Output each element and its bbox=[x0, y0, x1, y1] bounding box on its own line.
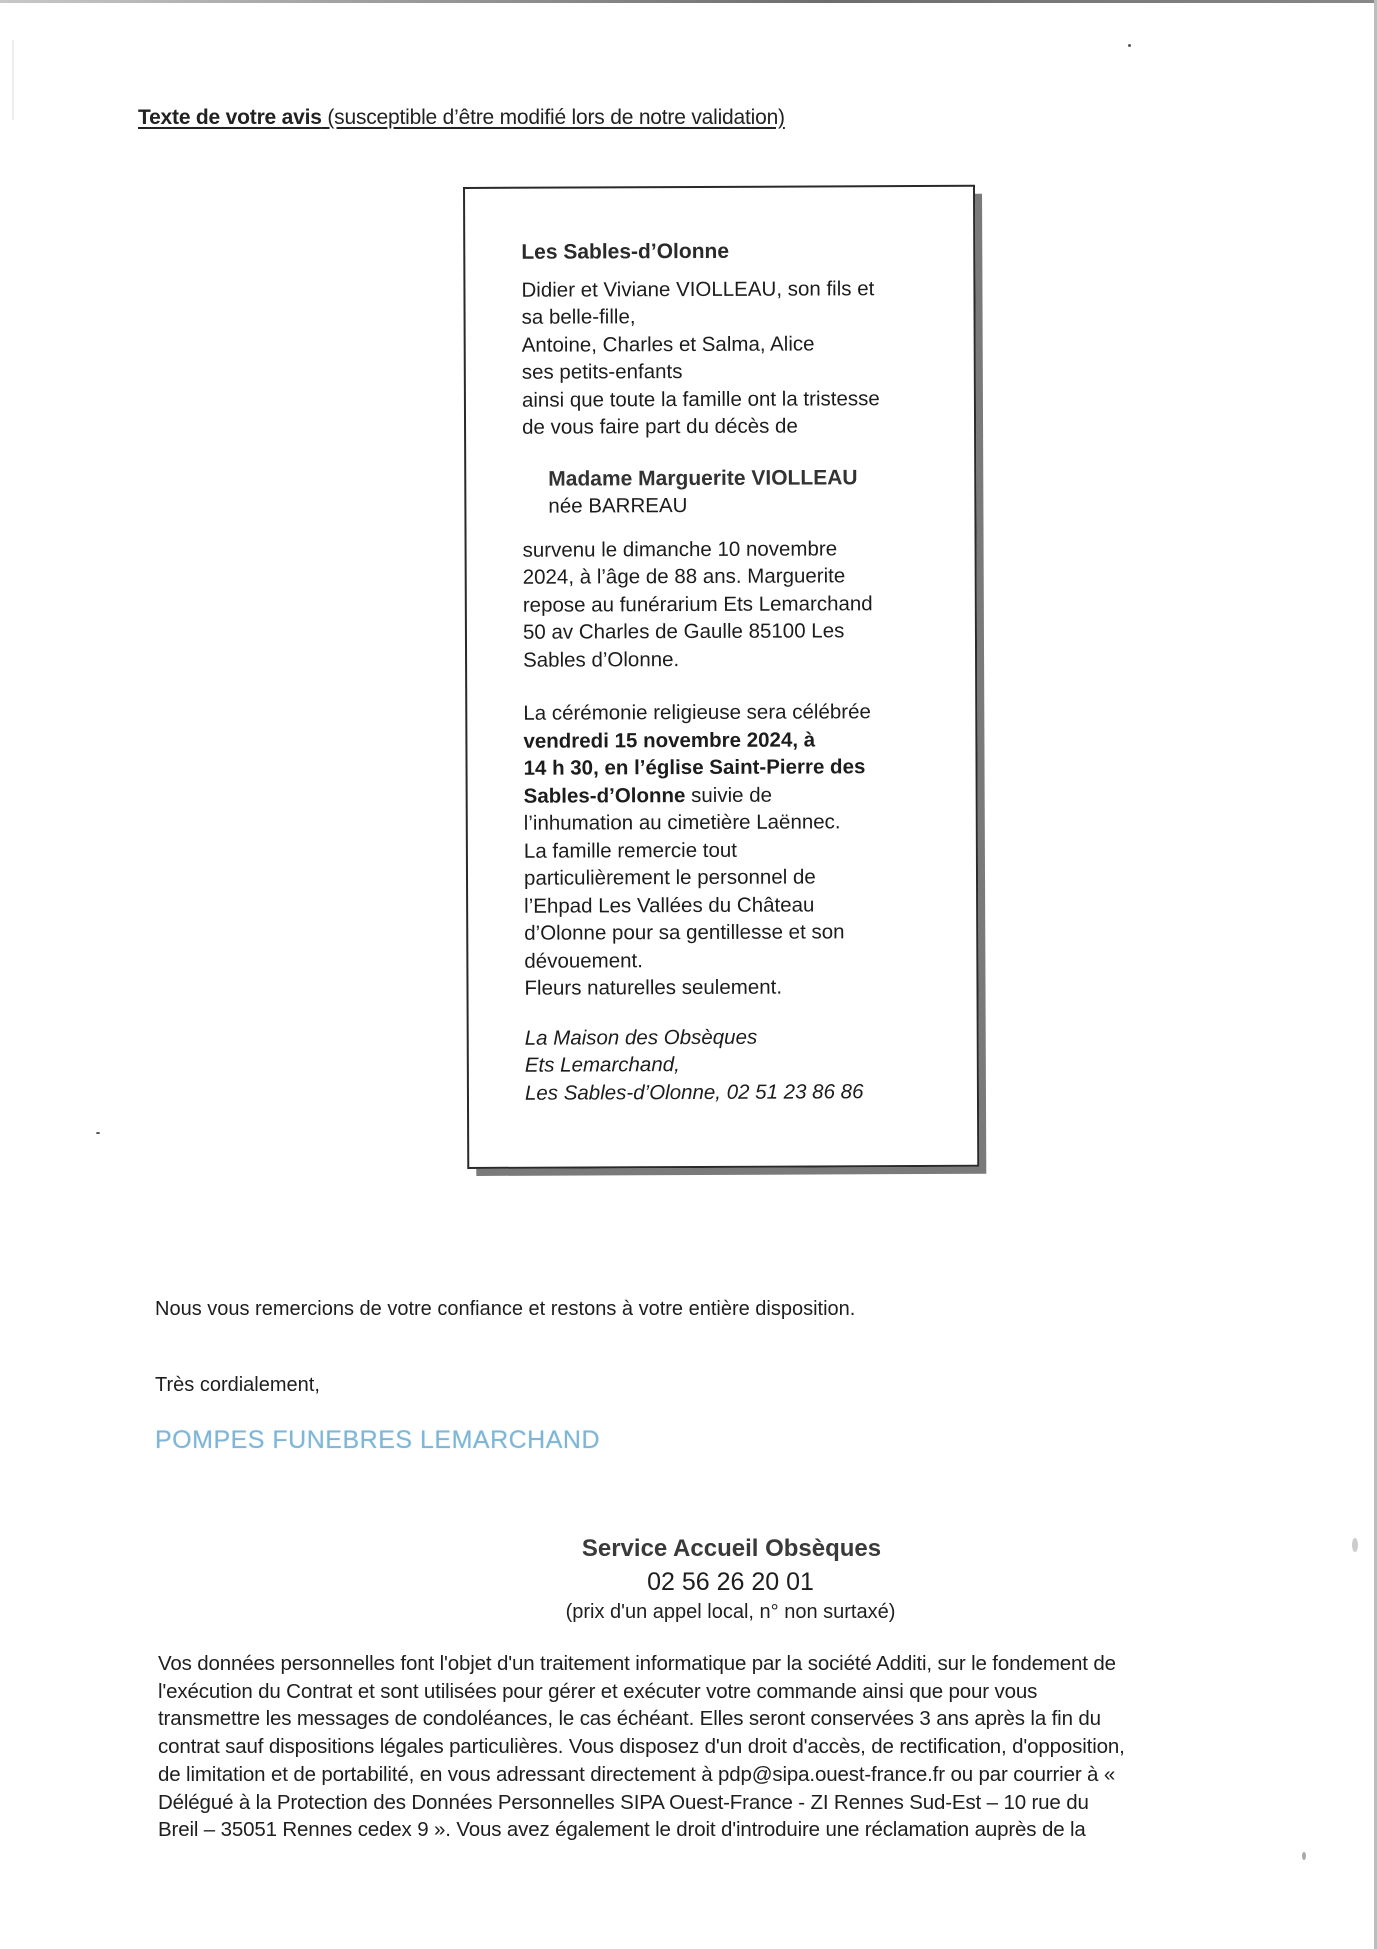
scan-speck bbox=[1128, 44, 1131, 47]
death-line: repose au funérarium Ets Lemarchand bbox=[523, 589, 953, 618]
death-line: 2024, à l’âge de 88 ans. Marguerite bbox=[523, 562, 953, 591]
ceremony-place-after: suivie de bbox=[685, 783, 772, 806]
ceremony-intro: La cérémonie religieuse sera célébrée bbox=[523, 698, 953, 727]
ceremony-line: l’Ehpad Les Vallées du Château bbox=[524, 890, 954, 919]
privacy-line: de limitation et de portabilité, en vous… bbox=[158, 1761, 1328, 1789]
service-note: (prix d'un appel local, n° non surtaxé) bbox=[42, 1601, 1377, 1624]
death-line: Sables d’Olonne. bbox=[523, 644, 953, 673]
notice-text-heading: Texte de votre avis (susceptible d’être … bbox=[138, 106, 785, 130]
regards-text: Très cordialement, bbox=[155, 1374, 320, 1397]
scan-speck bbox=[1302, 1852, 1306, 1860]
ceremony-line: dévouement. bbox=[524, 945, 954, 974]
notice-city: Les Sables-d’Olonne bbox=[521, 237, 951, 266]
family-line: de vous faire part du décès de bbox=[522, 412, 952, 441]
obituary-notice-box: Les Sables-d’Olonne Didier et Viviane VI… bbox=[463, 185, 979, 1169]
scan-speck bbox=[96, 1132, 100, 1134]
privacy-line: transmettre les messages de condoléances… bbox=[158, 1705, 1328, 1733]
scan-left-mark bbox=[12, 40, 14, 120]
funeral-home-line: Ets Lemarchand, bbox=[525, 1050, 955, 1079]
obituary-notice-content: Les Sables-d’Olonne Didier et Viviane VI… bbox=[521, 237, 955, 1107]
family-line: ses petits-enfants bbox=[522, 357, 952, 386]
deceased-block: Madame Marguerite VIOLLEAU née BARREAU bbox=[548, 463, 952, 520]
ceremony-line: d’Olonne pour sa gentillesse et son bbox=[524, 918, 954, 947]
ceremony-place-bold: Sables-d’Olonne bbox=[524, 784, 686, 808]
family-line: Didier et Viviane VIOLLEAU, son fils et bbox=[521, 274, 951, 303]
ceremony-line: La famille remercie tout bbox=[524, 835, 954, 864]
service-phone: 02 56 26 20 01 bbox=[42, 1568, 1377, 1597]
ceremony-line: l’inhumation au cimetière Laënnec. bbox=[524, 808, 954, 837]
ceremony-place-line: Sables-d’Olonne suivie de bbox=[524, 780, 954, 809]
service-title: Service Accueil Obsèques bbox=[43, 1535, 1377, 1563]
company-signature: POMPES FUNEBRES LEMARCHAND bbox=[155, 1426, 600, 1455]
thanks-text: Nous vous remercions de votre confiance … bbox=[155, 1298, 855, 1321]
privacy-line: Vos données personnelles font l'objet d'… bbox=[158, 1650, 1328, 1678]
ceremony-line: Fleurs naturelles seulement. bbox=[524, 973, 954, 1002]
death-line: survenu le dimanche 10 novembre bbox=[523, 534, 953, 563]
funeral-home-line: La Maison des Obsèques bbox=[525, 1022, 955, 1051]
ceremony-time-place: 14 h 30, en l’église Saint-Pierre des bbox=[523, 753, 953, 782]
privacy-notice: Vos données personnelles font l'objet d'… bbox=[158, 1650, 1328, 1844]
privacy-line: Délégué à la Protection des Données Pers… bbox=[158, 1789, 1328, 1817]
ceremony-line: particulièrement le personnel de bbox=[524, 863, 954, 892]
heading-bold: Texte de votre avis bbox=[138, 106, 322, 129]
privacy-line: contrat sauf dispositions légales partic… bbox=[158, 1733, 1328, 1761]
deceased-birth-name: née BARREAU bbox=[548, 491, 952, 520]
privacy-line: Breil – 35051 Rennes cedex 9 ». Vous ave… bbox=[158, 1816, 1328, 1844]
family-line: Antoine, Charles et Salma, Alice bbox=[522, 329, 952, 358]
family-line: ainsi que toute la famille ont la triste… bbox=[522, 384, 952, 413]
privacy-line: l'exécution du Contrat et sont utilisées… bbox=[158, 1678, 1328, 1706]
family-line: sa belle-fille, bbox=[522, 302, 952, 331]
funeral-home-line: Les Sables-d’Olonne, 02 51 23 86 86 bbox=[525, 1077, 955, 1106]
death-line: 50 av Charles de Gaulle 85100 Les bbox=[523, 617, 953, 646]
ceremony-date: vendredi 15 novembre 2024, à bbox=[523, 725, 953, 754]
scan-top-edge bbox=[0, 0, 1377, 3]
heading-note: (susceptible d’être modifié lors de notr… bbox=[322, 106, 785, 129]
deceased-name: Madame Marguerite VIOLLEAU bbox=[548, 463, 952, 492]
